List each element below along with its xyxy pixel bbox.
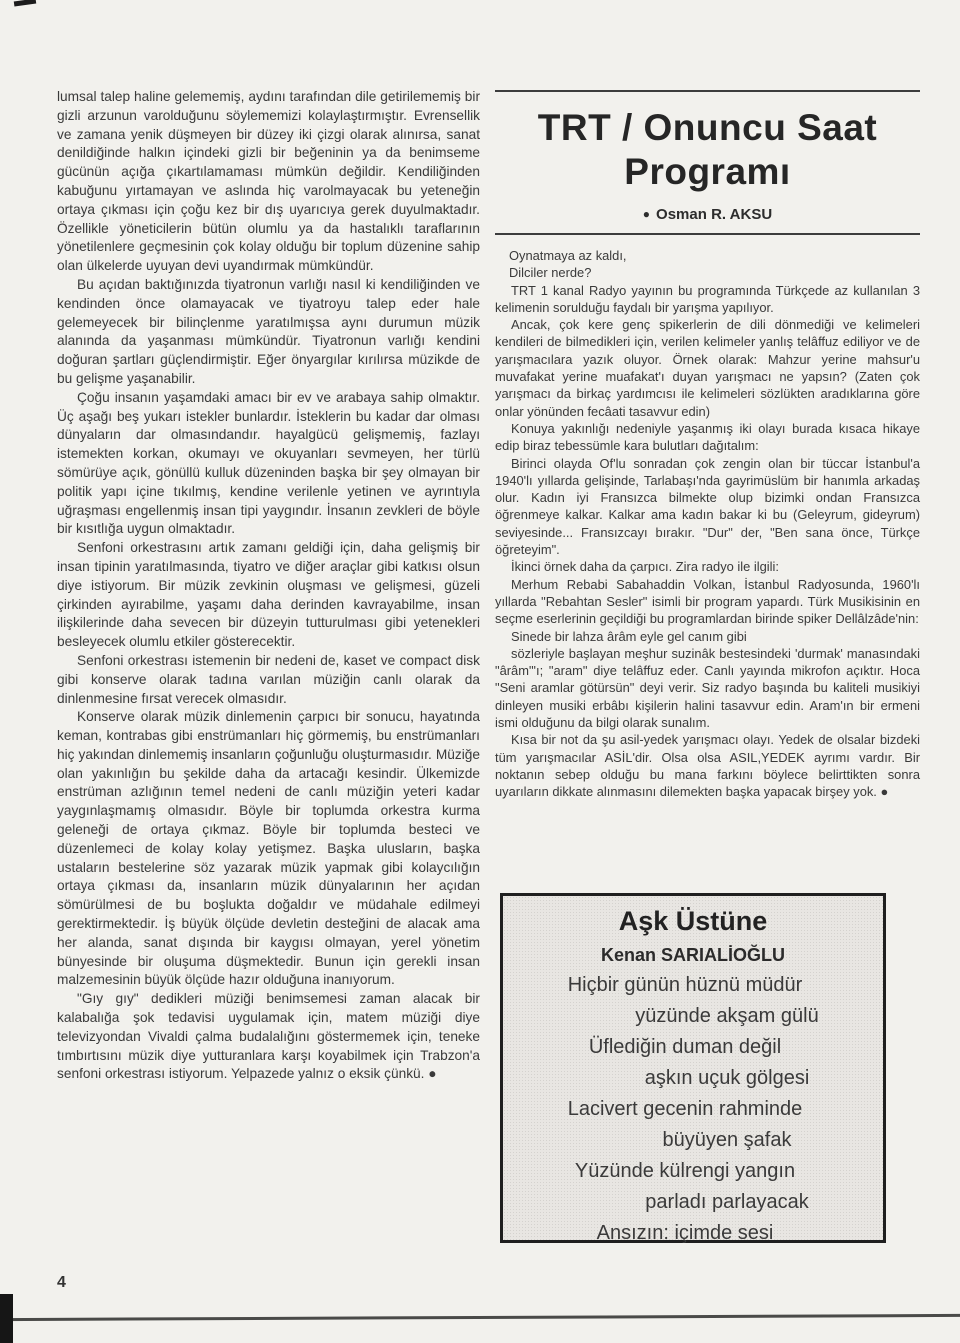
article-paragraph: lumsal talep haline gelememiş, aydını ta… bbox=[57, 88, 480, 276]
poem-line: Hiçbir günün hüznü müdür bbox=[495, 970, 875, 1001]
article-paragraph: sözleriyle başlayan meşhur suzinâk beste… bbox=[495, 645, 920, 731]
article-paragraph: Kısa bir not da şu asil-yedek yarışmacı … bbox=[495, 731, 920, 800]
poem-line: yüzünde akşam gülü bbox=[537, 1001, 917, 1032]
scan-artifact-bottom-line bbox=[0, 1314, 960, 1321]
poem-line: Yüzünde külrengi yangın bbox=[495, 1156, 875, 1187]
left-article-body: lumsal talep haline gelememiş, aydını ta… bbox=[57, 88, 480, 1084]
article-paragraph: Bu açıdan baktığınızda tiyatronun varlığ… bbox=[57, 276, 480, 389]
article-paragraph: Senfoni orkestrası istemenin bir nedeni … bbox=[57, 652, 480, 708]
scanned-magazine-page: lumsal talep haline gelememiş, aydını ta… bbox=[0, 0, 960, 1343]
epigraph-line: Oynatmaya az kaldı, bbox=[509, 247, 920, 264]
article-paragraph: Konserve olarak müzik dinlemenin çarpıcı… bbox=[57, 708, 480, 990]
article-paragraph: Sinede bir lahza ârâm eyle gel canım gib… bbox=[495, 628, 920, 645]
poem-line: parladı parlayacak bbox=[537, 1187, 917, 1218]
byline-author: Osman R. AKSU bbox=[656, 206, 772, 223]
poem-author: Kenan SARIALİOĞLU bbox=[503, 945, 883, 966]
article-byline: ●Osman R. AKSU bbox=[495, 206, 920, 223]
right-article-column: TRT / Onuncu Saat Programı ●Osman R. AKS… bbox=[495, 90, 920, 801]
article-paragraph: "Gıy gıy" dedikleri müziği benimsemesi z… bbox=[57, 990, 480, 1084]
article-paragraph: Senfoni orkestrasını artık zamanı geldiğ… bbox=[57, 539, 480, 652]
article-paragraph: Birinci olayda Of'lu sonradan çok zengin… bbox=[495, 455, 920, 559]
article-title: TRT / Onuncu Saat Programı bbox=[495, 106, 920, 194]
article-paragraph: Merhum Rebabi Sabahaddin Volkan, İstanbu… bbox=[495, 576, 920, 628]
article-paragraph: Çoğu insanın yaşamdaki amacı bir ev ve a… bbox=[57, 389, 480, 539]
article-paragraph: Konuya yakınlığı nedeniyle yaşanmış iki … bbox=[495, 420, 920, 455]
article-paragraph: TRT 1 kanal Radyo yayının bu programında… bbox=[495, 282, 920, 317]
bullet-icon: ● bbox=[643, 207, 650, 221]
poem-line: Lacivert gecenin rahminde bbox=[495, 1094, 875, 1125]
epigraph-line: Dilciler nerde? bbox=[509, 264, 920, 281]
article-epigraph: Oynatmaya az kaldı,Dilciler nerde? bbox=[495, 247, 920, 282]
header-rule-top bbox=[495, 90, 920, 92]
header-rule-bottom bbox=[495, 233, 920, 235]
article-paragraph: Ancak, çok kere genç spikerlerin de dili… bbox=[495, 316, 920, 420]
article-title-line1: TRT / Onuncu Saat bbox=[538, 107, 877, 148]
poem-lines: Hiçbir günün hüznü müdüryüzünde akşam gü… bbox=[503, 970, 883, 1249]
article-paragraph: İkinci örnek daha da çarpıcı. Zira radyo… bbox=[495, 558, 920, 575]
left-article-column: lumsal talep haline gelememiş, aydını ta… bbox=[57, 88, 480, 1084]
poem-line: aşkın uçuk gölgesi bbox=[537, 1063, 917, 1094]
page-number: 4 bbox=[57, 1274, 66, 1292]
poem-line: Üflediğin duman değil bbox=[495, 1032, 875, 1063]
scan-artifact-corner-mark bbox=[0, 1294, 13, 1343]
scan-artifact-top-mark bbox=[14, 0, 36, 7]
right-article-body: Oynatmaya az kaldı,Dilciler nerde? TRT 1… bbox=[495, 247, 920, 801]
right-article-paragraphs: TRT 1 kanal Radyo yayının bu programında… bbox=[495, 282, 920, 801]
poem-line: Ansızın: içimde sesi bbox=[495, 1218, 875, 1249]
article-title-line2: Programı bbox=[624, 151, 790, 192]
poem-box: Aşk Üstüne Kenan SARIALİOĞLU Hiçbir günü… bbox=[500, 893, 886, 1243]
poem-line: büyüyen şafak bbox=[537, 1125, 917, 1156]
poem-title: Aşk Üstüne bbox=[503, 906, 883, 937]
